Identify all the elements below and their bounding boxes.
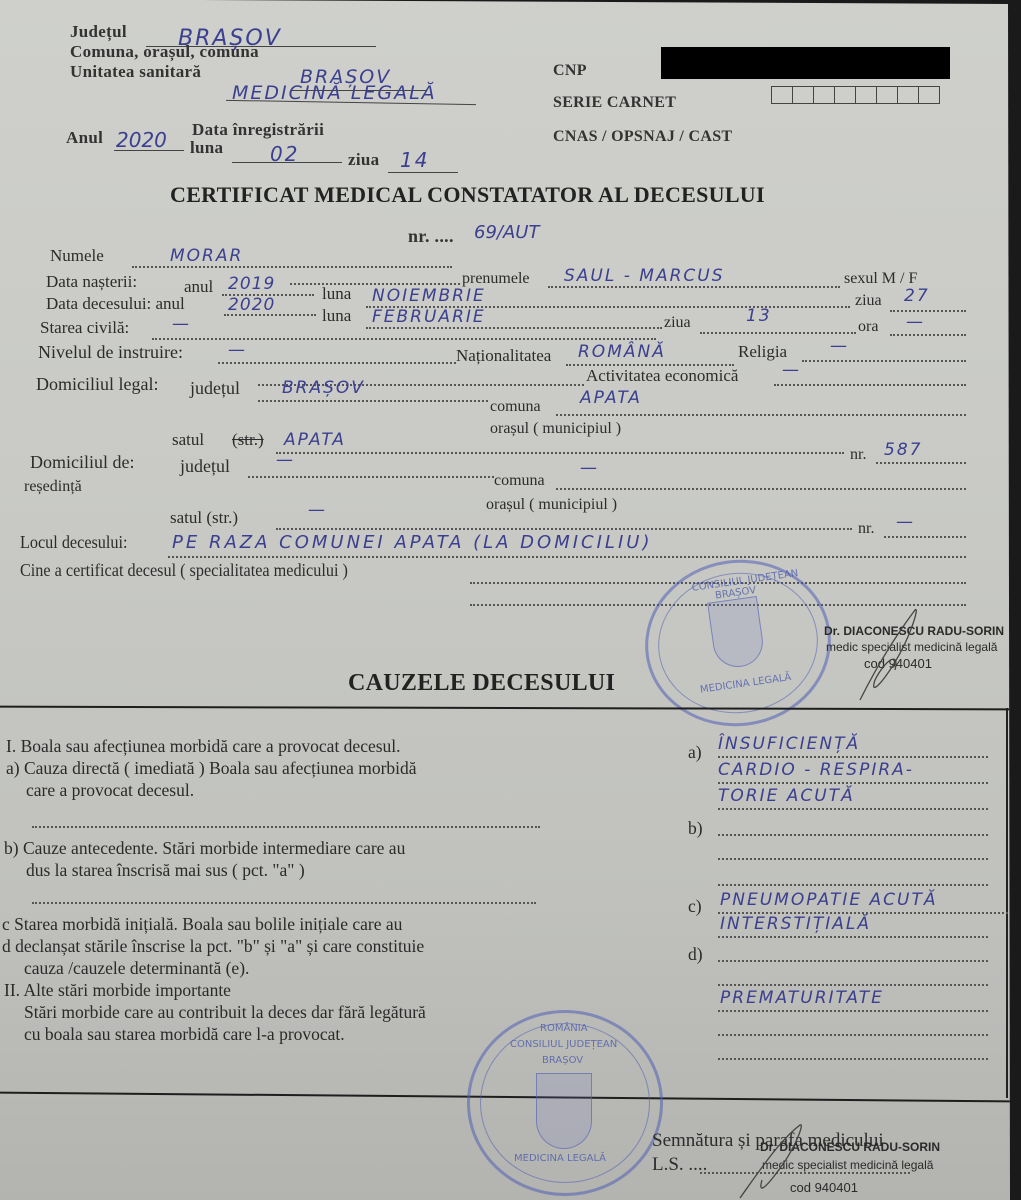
- domiciliu-legal-orasul-label: orașul ( municipiul ): [490, 420, 621, 438]
- domiciliu-legal-judetul-label: județul: [190, 378, 240, 399]
- cause-i-text: I. Boala sau afecțiunea morbidă care a p…: [6, 736, 401, 757]
- stamp-top-text: ROMÂNIA: [540, 1023, 588, 1034]
- decesului-luna-label: luna: [322, 306, 351, 326]
- nationalitatea-label: Naționalitatea: [456, 346, 551, 366]
- domiciliu-resedinta-judetul-dots: [248, 476, 494, 478]
- cause-c-dots-2: [718, 936, 988, 938]
- cause-b-text-2: dus la starea înscrisă mai sus ( pct. "a…: [26, 860, 305, 881]
- cnas-label: CNAS / OPSNAJ / CAST: [553, 128, 732, 146]
- cause-c-text-2: d declanșat stările înscrise la pct. "b"…: [2, 936, 424, 957]
- nasterii-ziua-label: ziua: [855, 292, 882, 310]
- cause-b-dots-2: [718, 858, 988, 860]
- cause-a-value-3: TORIE ACUTĂ: [718, 786, 855, 806]
- stamp-city-text: BRAȘOV: [542, 1055, 583, 1066]
- cause-b-dots-1: [718, 834, 988, 836]
- religia-value: —: [830, 336, 849, 356]
- causes-right-line: [1006, 708, 1008, 1098]
- domiciliu-resedinta-orasul-label: orașul ( municipiul ): [486, 496, 617, 514]
- decesului-luna-dots: [366, 327, 662, 329]
- domiciliu-legal-comuna-dots: [556, 414, 966, 416]
- cause-c-value-2: INTERSTIȚIALĂ: [720, 914, 871, 934]
- cause-a-dots-3: [718, 808, 988, 810]
- domiciliu-resedinta-satul-dots: [276, 528, 852, 530]
- domiciliu-legal-judetul-dots: [258, 400, 488, 402]
- nasterii-anul: 2019: [228, 274, 275, 294]
- serie-carnet-boxes[interactable]: [771, 86, 940, 104]
- cause-ii-text-2: Stări morbide care au contribuit la dece…: [24, 1002, 426, 1023]
- domiciliu-resedinta-judetul-value: —: [276, 450, 295, 470]
- stamp-bottom-text: MEDICINA LEGALĂ: [514, 1153, 606, 1164]
- activitatea-dots: [774, 384, 966, 386]
- domiciliu-legal-str-label: (str.): [232, 430, 264, 450]
- numele-label: Numele: [50, 246, 104, 266]
- numele-value: MORAR: [170, 246, 243, 266]
- nr-value: 69/AUT: [474, 222, 539, 243]
- cause-a-dots: [32, 826, 540, 828]
- domiciliu-resedinta-nr-dots: [884, 536, 966, 538]
- cnp-redacted: [661, 47, 950, 79]
- cause-ii-dots-1: [718, 1010, 988, 1012]
- domiciliu-legal-label: Domiciliul legal:: [36, 374, 158, 395]
- nasterii-ziua: 27: [904, 286, 930, 306]
- nivel-label: Nivelul de instruire:: [38, 342, 183, 363]
- domiciliu-legal-nr-value: 587: [884, 440, 922, 460]
- domiciliu-legal-satul-label: satul: [172, 430, 204, 450]
- prenumele-dots: [548, 286, 840, 288]
- prenumele-value: SAUL - MARCUS: [564, 266, 725, 286]
- domiciliu-legal-satul-value: APATA: [284, 430, 346, 450]
- domiciliu-resedinta-comuna-label: comuna: [494, 472, 545, 490]
- coat-of-arms-icon: [536, 1073, 592, 1149]
- domiciliu-legal-comuna-value: APATA: [580, 388, 642, 408]
- cause-ii-dots-2: [718, 1034, 988, 1036]
- cause-a-value-1: ÎNSUFICIENȚĂ: [718, 734, 860, 754]
- cause-c-text-3: cauza /cauzele determinantă (e).: [24, 958, 249, 979]
- ziua-label: ziua: [348, 150, 379, 170]
- nasterii-anul-label: anul: [184, 277, 213, 297]
- domiciliu-resedinta-nr-label: nr.: [858, 520, 874, 538]
- decesului-label: Data decesului: anul: [46, 294, 185, 314]
- cause-a-label: a): [688, 742, 702, 763]
- nasterii-luna: NOIEMBRIE: [372, 286, 486, 306]
- cause-d-dots-1: [718, 960, 988, 962]
- cause-c-label: c): [688, 896, 702, 917]
- luna-value: 02: [270, 142, 299, 166]
- domiciliu-resedinta-nr-value: —: [896, 512, 915, 532]
- cause-b-text-1: b) Cauze antecedente. Stări morbide inte…: [4, 838, 405, 859]
- serie-carnet-label: SERIE CARNET: [553, 94, 676, 112]
- nivel-value: —: [228, 340, 247, 360]
- ziua-line: [388, 172, 458, 173]
- cause-d-dots-2: [718, 984, 988, 986]
- cause-a-dots-2: [718, 782, 988, 784]
- cause-ii-value: PREMATURITATE: [720, 988, 884, 1008]
- domiciliu-resedinta-label-2: reședință: [24, 478, 82, 496]
- nasterii-luna-label: luna: [322, 284, 351, 304]
- unitatea-label: Unitatea sanitară: [70, 62, 201, 82]
- domiciliu-resedinta-comuna-value: —: [580, 458, 599, 478]
- nivel-dots: [218, 362, 456, 364]
- prenume-lead-dots: [290, 283, 460, 285]
- nr-label: nr. ....: [408, 226, 454, 247]
- domiciliu-resedinta-satul-value: —: [308, 500, 327, 520]
- nasterii-ziua-dots: [890, 310, 966, 312]
- ora-label: ora: [858, 318, 878, 336]
- signature-icon: [840, 600, 930, 710]
- decesului-ziua: 13: [746, 306, 772, 326]
- nasterii-label: Data nașterii:: [46, 272, 137, 292]
- domiciliu-resedinta-judetul-label: județul: [180, 456, 230, 477]
- cine-label: Cine a certificat decesul ( specialitate…: [20, 560, 348, 581]
- starea-civila-label: Starea civilă:: [40, 318, 129, 338]
- causes-heading: CAUZELE DECESULUI: [348, 670, 615, 697]
- cause-b-dots-3: [718, 884, 988, 886]
- anul-value: 2020: [116, 128, 167, 152]
- cause-c-text-1: c Starea morbidă inițială. Boala sau bol…: [2, 914, 402, 935]
- numele-dots: [132, 266, 452, 268]
- activitatea-value: —: [782, 360, 801, 380]
- decesului-anul: 2020: [228, 295, 275, 315]
- ora-value: —: [906, 312, 925, 332]
- starea-civila-value: —: [172, 314, 191, 334]
- domiciliu-legal-judetul-value: BRAȘOV: [282, 378, 365, 398]
- unitatea-value: MEDICINĂ LEGALĂ: [232, 82, 437, 104]
- cause-a-dots-1: [718, 756, 988, 758]
- nationalitatea-value: ROMÂNĂ: [578, 342, 666, 362]
- locul-value: PE RAZA COMUNEI APATA (LA DOMICILIU): [172, 532, 652, 553]
- cause-a-text-2: care a provocat decesul.: [26, 780, 194, 801]
- data-inreg-label: Data înregistrării: [192, 120, 324, 140]
- domiciliu-resedinta-comuna-dots: [556, 488, 966, 490]
- cause-d-label: d): [688, 944, 703, 965]
- decesului-luna: FEBRUARIE: [372, 307, 486, 327]
- cause-c-value-1: PNEUMOPATIE ACUTĂ: [720, 890, 938, 910]
- ora-dots: [890, 334, 966, 336]
- locul-dots: [168, 556, 966, 558]
- locul-label: Locul decesului:: [20, 532, 128, 553]
- domiciliu-legal-comuna-label: comuna: [490, 398, 541, 416]
- anul-label: Anul: [66, 128, 103, 148]
- cause-ii-text-1: II. Alte stări morbide importante: [4, 980, 231, 1001]
- decesului-ziua-label: ziua: [664, 314, 691, 332]
- domiciliu-legal-nr-dots: [876, 462, 966, 464]
- signature-icon: [730, 1120, 820, 1200]
- cause-a-value-2: CARDIO - RESPIRA-: [718, 760, 914, 780]
- certificate-page: Județul BRAȘOV Comuna, orașul, comuna BR…: [0, 0, 1010, 1200]
- ziua-value: 14: [400, 148, 429, 172]
- domiciliu-legal-nr-label: nr.: [850, 446, 866, 464]
- comuna-label: Comuna, orașul, comuna: [70, 42, 259, 62]
- domiciliu-resedinta-label: Domiciliul de:: [30, 452, 134, 473]
- activitatea-label: Activitatea economică: [586, 366, 738, 386]
- stamp-ring-text: CONSILIUL JUDEȚEAN: [510, 1039, 617, 1050]
- document-title: CERTIFICAT MEDICAL CONSTATATOR AL DECESU…: [170, 182, 765, 208]
- judetul-label: Județul: [70, 22, 127, 42]
- domiciliu-resedinta-satul-label: satul (str.): [170, 508, 238, 528]
- domiciliu-legal-satul-dots: [276, 452, 844, 454]
- religia-dots: [802, 360, 966, 362]
- stamp-bottom: ROMÂNIA CONSILIUL JUDEȚEAN BRAȘOV MEDICI…: [467, 1010, 663, 1196]
- cnp-label: CNP: [553, 62, 587, 80]
- religia-label: Religia: [738, 342, 787, 362]
- cause-b-dots: [32, 902, 536, 904]
- cause-a-text-1: a) Cauza directă ( imediată ) Boala sau …: [6, 758, 417, 779]
- cause-b-label: b): [688, 818, 703, 839]
- cause-ii-dots-3: [718, 1058, 988, 1060]
- luna-label: luna: [190, 138, 223, 158]
- cause-ii-text-3: cu boala sau starea morbidă care l-a pro…: [24, 1024, 345, 1045]
- decesului-ziua-dots: [700, 332, 856, 334]
